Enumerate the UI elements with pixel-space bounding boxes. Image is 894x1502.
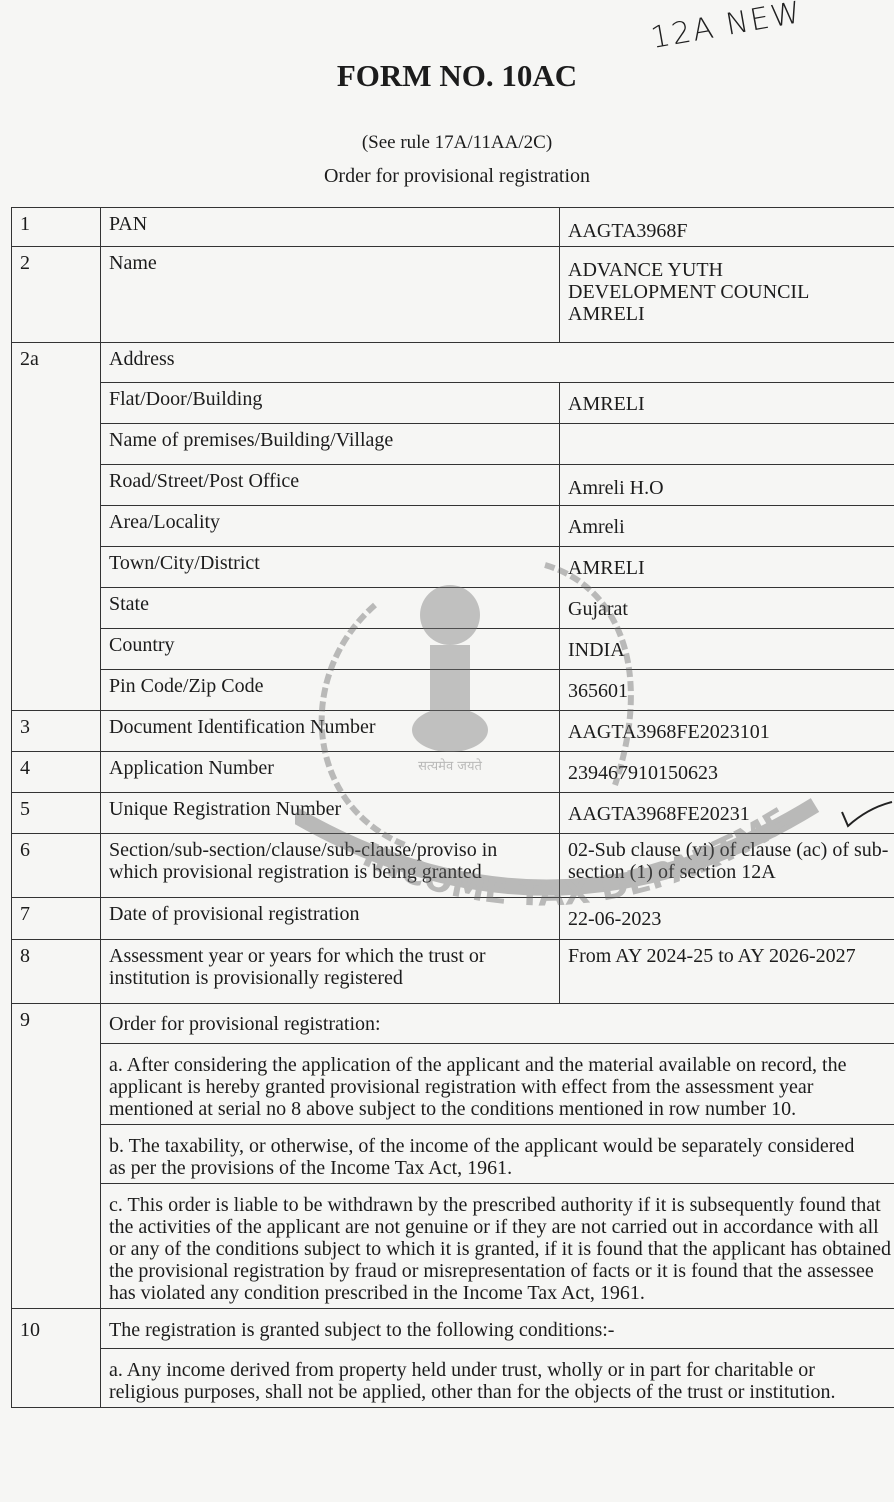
order-clause-b: b. The taxability, or otherwise, of the … [101,1125,894,1184]
field-label: Document Identification Number [101,711,560,752]
table-row: Country INDIA [12,629,894,670]
condition-clause-a: a. Any income derived from property held… [101,1349,894,1408]
serial-number: 9 [12,1004,101,1309]
table-row: Area/Locality Amreli [12,506,894,547]
table-row: Road/Street/Post Office Amreli H.O [12,465,894,506]
field-label: Unique Registration Number [101,793,560,834]
serial-number: 5 [12,793,101,834]
state-value: Gujarat [560,588,894,629]
table-row: 6 Section/sub-section/clause/sub-clause/… [12,834,894,898]
table-row: c. This order is liable to be withdrawn … [12,1184,894,1309]
address-heading: Address [101,343,894,383]
road-street-value: Amreli H.O [560,465,894,506]
field-label: Name of premises/Building/Village [101,424,560,465]
field-label: Section/sub-section/clause/sub-clause/pr… [101,834,560,898]
rule-reference: (See rule 17A/11AA/2C) [0,132,894,154]
table-row: 1 PAN AAGTA3968F [12,208,894,247]
table-row: 7 Date of provisional registration 22-06… [12,898,894,940]
area-locality-value: Amreli [560,506,894,547]
country-value: INDIA [560,629,894,670]
serial-number: 2a [12,343,101,711]
premises-value [560,424,894,465]
order-clause-c: c. This order is liable to be withdrawn … [101,1184,894,1309]
serial-number: 4 [12,752,101,793]
serial-number: 2 [12,247,101,343]
order-heading: Order for provisional registration: [101,1004,894,1044]
application-number-value: 239467910150623 [560,752,894,793]
table-row: Town/City/District AMRELI [12,547,894,588]
table-row: a. After considering the application of … [12,1044,894,1125]
serial-number: 3 [12,711,101,752]
serial-number: 1 [12,208,101,247]
field-label: Country [101,629,560,670]
table-row: 5 Unique Registration Number AAGTA3968FE… [12,793,894,834]
field-label: Town/City/District [101,547,560,588]
table-row: 4 Application Number 239467910150623 [12,752,894,793]
handwritten-annotation: 12A NEW [648,0,805,56]
table-row: 10 The registration is granted subject t… [12,1309,894,1349]
table-row: 2a Address [12,343,894,383]
pan-value: AAGTA3968F [560,208,894,247]
table-row: b. The taxability, or otherwise, of the … [12,1125,894,1184]
serial-number: 8 [12,940,101,1004]
field-label: PAN [101,208,560,247]
table-row: 3 Document Identification Number AAGTA39… [12,711,894,752]
field-label: Name [101,247,560,343]
conditions-heading: The registration is granted subject to t… [101,1309,894,1349]
flat-door-building-value: AMRELI [560,383,894,424]
table-row: Name of premises/Building/Village [12,424,894,465]
table-row: Pin Code/Zip Code 365601 [12,670,894,711]
field-label: Date of provisional registration [101,898,560,940]
unique-registration-number-value: AAGTA3968FE20231 [560,793,894,834]
table-row: 8 Assessment year or years for which the… [12,940,894,1004]
town-city-value: AMRELI [560,547,894,588]
table-row: Flat/Door/Building AMRELI [12,383,894,424]
serial-number: 10 [12,1309,101,1408]
field-label: Area/Locality [101,506,560,547]
section-value: 02-Sub clause (vi) of clause (ac) of sub… [560,834,894,898]
table-row: State Gujarat [12,588,894,629]
table-row: 2 Name ADVANCE YUTH DEVELOPMENT COUNCIL … [12,247,894,343]
registration-table: 1 PAN AAGTA3968F 2 Name ADVANCE YUTH DEV… [11,207,894,1408]
pin-code-value: 365601 [560,670,894,711]
field-label: State [101,588,560,629]
field-label: Application Number [101,752,560,793]
name-value: ADVANCE YUTH DEVELOPMENT COUNCIL AMRELI [560,247,894,343]
serial-number: 7 [12,898,101,940]
field-label: Pin Code/Zip Code [101,670,560,711]
table-row: 9 Order for provisional registration: [12,1004,894,1044]
form-subtitle: Order for provisional registration [0,165,894,188]
table-row: a. Any income derived from property held… [12,1349,894,1408]
field-label: Assessment year or years for which the t… [101,940,560,1004]
document-id-value: AAGTA3968FE2023101 [560,711,894,752]
registration-date-value: 22-06-2023 [560,898,894,940]
order-clause-a: a. After considering the application of … [101,1044,894,1125]
form-title: FORM NO. 10AC [0,58,894,94]
assessment-years-value: From AY 2024-25 to AY 2026-2027 [560,940,894,1004]
field-label: Flat/Door/Building [101,383,560,424]
serial-number: 6 [12,834,101,898]
field-label: Road/Street/Post Office [101,465,560,506]
